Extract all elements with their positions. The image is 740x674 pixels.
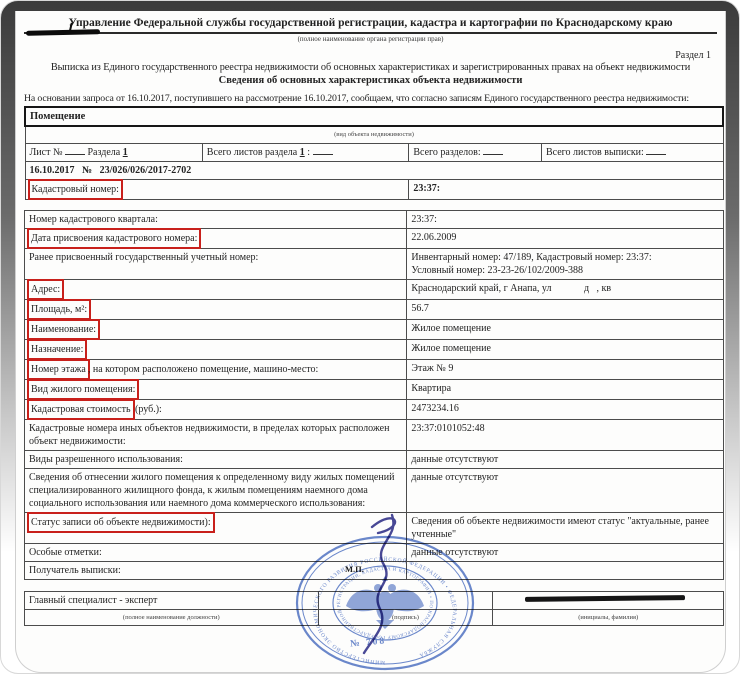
authority-title: Управление Федеральной службы государств… (24, 17, 717, 34)
row-value: Краснодарский край, г Анапа, ул д , кв (407, 280, 724, 300)
row-value (407, 562, 724, 580)
row-label: Дата присвоения кадастрового номера: (25, 229, 407, 249)
redacted-name (525, 595, 685, 602)
blank-line (65, 146, 85, 155)
sections-total-cell: Всего разделов: (409, 144, 542, 162)
signature-cell (318, 592, 493, 610)
extract-sheets-cell: Всего листов выписки: (541, 144, 723, 162)
row-value: данные отсутствуют (407, 544, 724, 562)
table-row: Назначение:Жилое помещение (25, 340, 724, 360)
row-value: данные отсутствуют (407, 451, 724, 469)
red-annotation-box: Назначение: (31, 343, 83, 356)
table-row: Сведения об отнесении жилого помещения к… (25, 469, 724, 513)
red-annotation-box: Площадь, м²: (31, 303, 87, 316)
table-row: Номер кадастрового квартала:23:37: (25, 211, 724, 229)
table-row: Номер этажа, на котором расположено поме… (25, 360, 724, 380)
red-annotation-box: Номер этажа (31, 363, 86, 376)
position-note: (полное наименование должности) (25, 610, 319, 626)
table-row: Кадастровая стоимость (руб.):2473234.16 (25, 400, 724, 420)
stamp-number: № 708 (350, 636, 387, 649)
table-row: Площадь, м²:56.7 (25, 300, 724, 320)
row-label: Кадастровая стоимость (руб.): (25, 400, 407, 420)
red-annotation-box: Кадастровый номер: (32, 183, 119, 196)
cadastral-number-row: Кадастровый номер: 23:37: (25, 180, 723, 200)
object-type-cell: Помещение (25, 107, 723, 126)
section-label: Раздел 1 (16, 50, 711, 61)
name-note: (инициалы, фамилия) (493, 610, 724, 626)
red-annotation-box: Кадастровая стоимость (31, 403, 131, 416)
row-label: Статус записи об объекте недвижимости): (25, 513, 407, 544)
row-label: Адрес: (25, 280, 407, 300)
row-label: Сведения об отнесении жилого помещения к… (25, 469, 407, 513)
red-annotation-box: Статус записи об объекте недвижимости): (31, 516, 211, 529)
row-value: 2473234.16 (407, 400, 724, 420)
table-row: Кадастровые номера иных объектов недвижи… (25, 420, 724, 451)
object-info-table: Помещение (вид объекта недвижимости) Лис… (24, 106, 724, 200)
signature-table: Главный специалист - эксперт (полное наи… (24, 591, 724, 626)
row-label: Виды разрешенного использования: (25, 451, 407, 469)
signer-name-cell (493, 592, 724, 610)
row-label: Назначение: (25, 340, 407, 360)
characteristics-table: Номер кадастрового квартала:23:37:Дата п… (24, 210, 724, 580)
sheet-cell: Лист № Раздела 1 (25, 144, 202, 162)
table-row: Ранее присвоенный государственный учетны… (25, 249, 724, 280)
photo-frame: Управление Федеральной службы государств… (0, 0, 740, 674)
row-label: Наименование: (25, 320, 407, 340)
document-number-row: 16.10.2017 № 23/026/026/2017-2702 (25, 162, 723, 180)
table-row: Статус записи об объекте недвижимости):С… (25, 513, 724, 544)
blank-line (483, 146, 503, 155)
row-value: 22.06.2009 (407, 229, 724, 249)
row-label: Кадастровый номер: (25, 180, 409, 200)
table-row: Особые отметки:данные отсутствуют (25, 544, 724, 562)
blank-line (313, 146, 333, 155)
red-annotation-box: Вид жилого помещения: (31, 383, 135, 396)
signer-position: Главный специалист - эксперт (25, 592, 319, 610)
red-annotation-box: Наименование: (31, 323, 96, 336)
object-type-note: (вид объекта недвижимости) (25, 126, 723, 144)
document-subtitle: Сведения об основных характеристиках объ… (16, 75, 725, 86)
row-label: Номер этажа, на котором расположено поме… (25, 360, 407, 380)
row-value: 56.7 (407, 300, 724, 320)
row-label: Вид жилого помещения: (25, 380, 407, 400)
mp-seal-label: М.П. (345, 564, 364, 574)
table-row: Виды разрешенного использования:данные о… (25, 451, 724, 469)
row-label: Особые отметки: (25, 544, 407, 562)
row-value: Жилое помещение (407, 340, 724, 360)
sheet-row: Лист № Раздела 1 Всего листов раздела 1 … (25, 144, 723, 162)
document-number-cell: 16.10.2017 № 23/026/026/2017-2702 (25, 162, 723, 180)
blank-line (646, 146, 666, 155)
authority-note: (полное наименование органа регистрации … (16, 35, 725, 43)
row-label: Ранее присвоенный государственный учетны… (25, 249, 407, 280)
row-value: Этаж № 9 (407, 360, 724, 380)
row-value: Сведения об объекте недвижимости имеют с… (407, 513, 724, 544)
sheets-total-cell: Всего листов раздела 1 : (202, 144, 409, 162)
document-page: Управление Федеральной службы государств… (15, 11, 726, 673)
table-row: Дата присвоения кадастрового номера:22.0… (25, 229, 724, 249)
row-label: Номер кадастрового квартала: (25, 211, 407, 229)
table-row: Получатель выписки: (25, 562, 724, 580)
sign-note: (подпись) (318, 610, 493, 626)
row-value: 23:37:0101052:48 (407, 420, 724, 451)
document-title: Выписка из Единого государственного реес… (16, 62, 725, 73)
red-annotation-box: Адрес: (31, 283, 60, 296)
row-value: Квартира (407, 380, 724, 400)
row-label: Кадастровые номера иных объектов недвижи… (25, 420, 407, 451)
row-value: Инвентарный номер: 47/189, Кадастровый н… (407, 249, 724, 280)
row-value: Жилое помещение (407, 320, 724, 340)
request-line: На основании запроса от 16.10.2017, пост… (24, 93, 719, 104)
row-value: 23:37: (409, 180, 723, 200)
table-row: Вид жилого помещения:Квартира (25, 380, 724, 400)
table-row: Адрес:Краснодарский край, г Анапа, ул д … (25, 280, 724, 300)
row-value: 23:37: (407, 211, 724, 229)
row-value: данные отсутствуют (407, 469, 724, 513)
table-row: Наименование:Жилое помещение (25, 320, 724, 340)
row-label: Площадь, м²: (25, 300, 407, 320)
red-annotation-box: Дата присвоения кадастрового номера: (31, 232, 197, 245)
